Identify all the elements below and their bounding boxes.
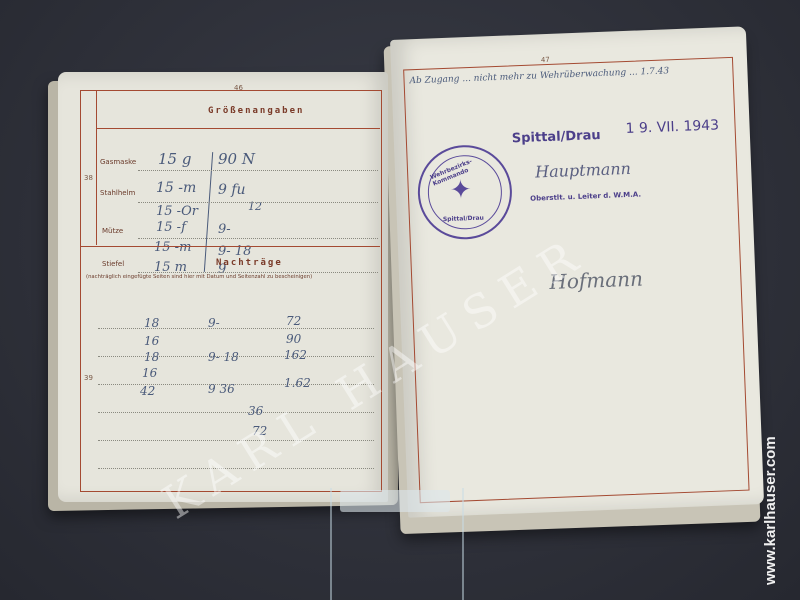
section-title-groessenangaben: Größenangaben bbox=[208, 106, 304, 116]
handwritten-value: 9 36 bbox=[208, 382, 235, 396]
dotted-line bbox=[138, 238, 378, 239]
dotted-line bbox=[138, 170, 378, 171]
dotted-line bbox=[98, 328, 374, 329]
row-label: Stahlhelm bbox=[100, 189, 135, 197]
frame-divider bbox=[96, 128, 380, 129]
row-label: Gasmaske bbox=[100, 158, 136, 166]
handwritten-value: 90 bbox=[286, 332, 301, 346]
row-label: Mütze bbox=[102, 227, 123, 235]
row-label: Stiefel bbox=[102, 260, 124, 268]
dotted-line bbox=[138, 272, 378, 273]
handwritten-value: 15 -m bbox=[156, 180, 196, 196]
signature: Hauptmann bbox=[535, 159, 631, 182]
site-url: www.karlhauser.com bbox=[762, 436, 779, 585]
handwritten-value: 16 bbox=[144, 334, 159, 348]
eagle-emblem-icon: ✦ bbox=[449, 175, 472, 206]
handwritten-value: 162 bbox=[284, 348, 307, 362]
nachtraege-subtitle: (nachträglich eingefügte Seiten sind hie… bbox=[86, 274, 312, 280]
handwritten-value: 9- bbox=[218, 222, 231, 237]
handwritten-value: 15 -f bbox=[156, 220, 186, 235]
handwritten-value: 15 -Or bbox=[156, 204, 198, 219]
margin-number: 38 bbox=[84, 174, 93, 182]
handwritten-value: 15 -m bbox=[154, 240, 191, 255]
handwritten-value: 15 g bbox=[158, 150, 191, 168]
margin-number: 39 bbox=[84, 374, 93, 382]
handwritten-value: 90 N bbox=[218, 150, 255, 168]
section-title-nachtraege: Nachträge bbox=[216, 258, 283, 268]
display-clip bbox=[340, 490, 450, 512]
handwritten-value: 18 bbox=[144, 350, 159, 364]
handwritten-value: 9- bbox=[208, 316, 220, 330]
dotted-line bbox=[138, 202, 378, 203]
left-page: 46 Größenangaben 38 Gasmaske Stahlhelm M… bbox=[58, 72, 388, 502]
handwritten-value: 72 bbox=[286, 314, 301, 328]
handwritten-value: 9 fu bbox=[218, 182, 246, 198]
frame-divider bbox=[96, 90, 97, 245]
handwritten-value: 18 bbox=[144, 316, 159, 330]
section-divider bbox=[80, 246, 380, 247]
handwritten-value: 16 bbox=[142, 366, 157, 380]
handwritten-value: 42 bbox=[140, 384, 155, 398]
document-photo: 46 Größenangaben 38 Gasmaske Stahlhelm M… bbox=[0, 0, 800, 600]
handwritten-value: 9- 18 bbox=[208, 350, 239, 364]
